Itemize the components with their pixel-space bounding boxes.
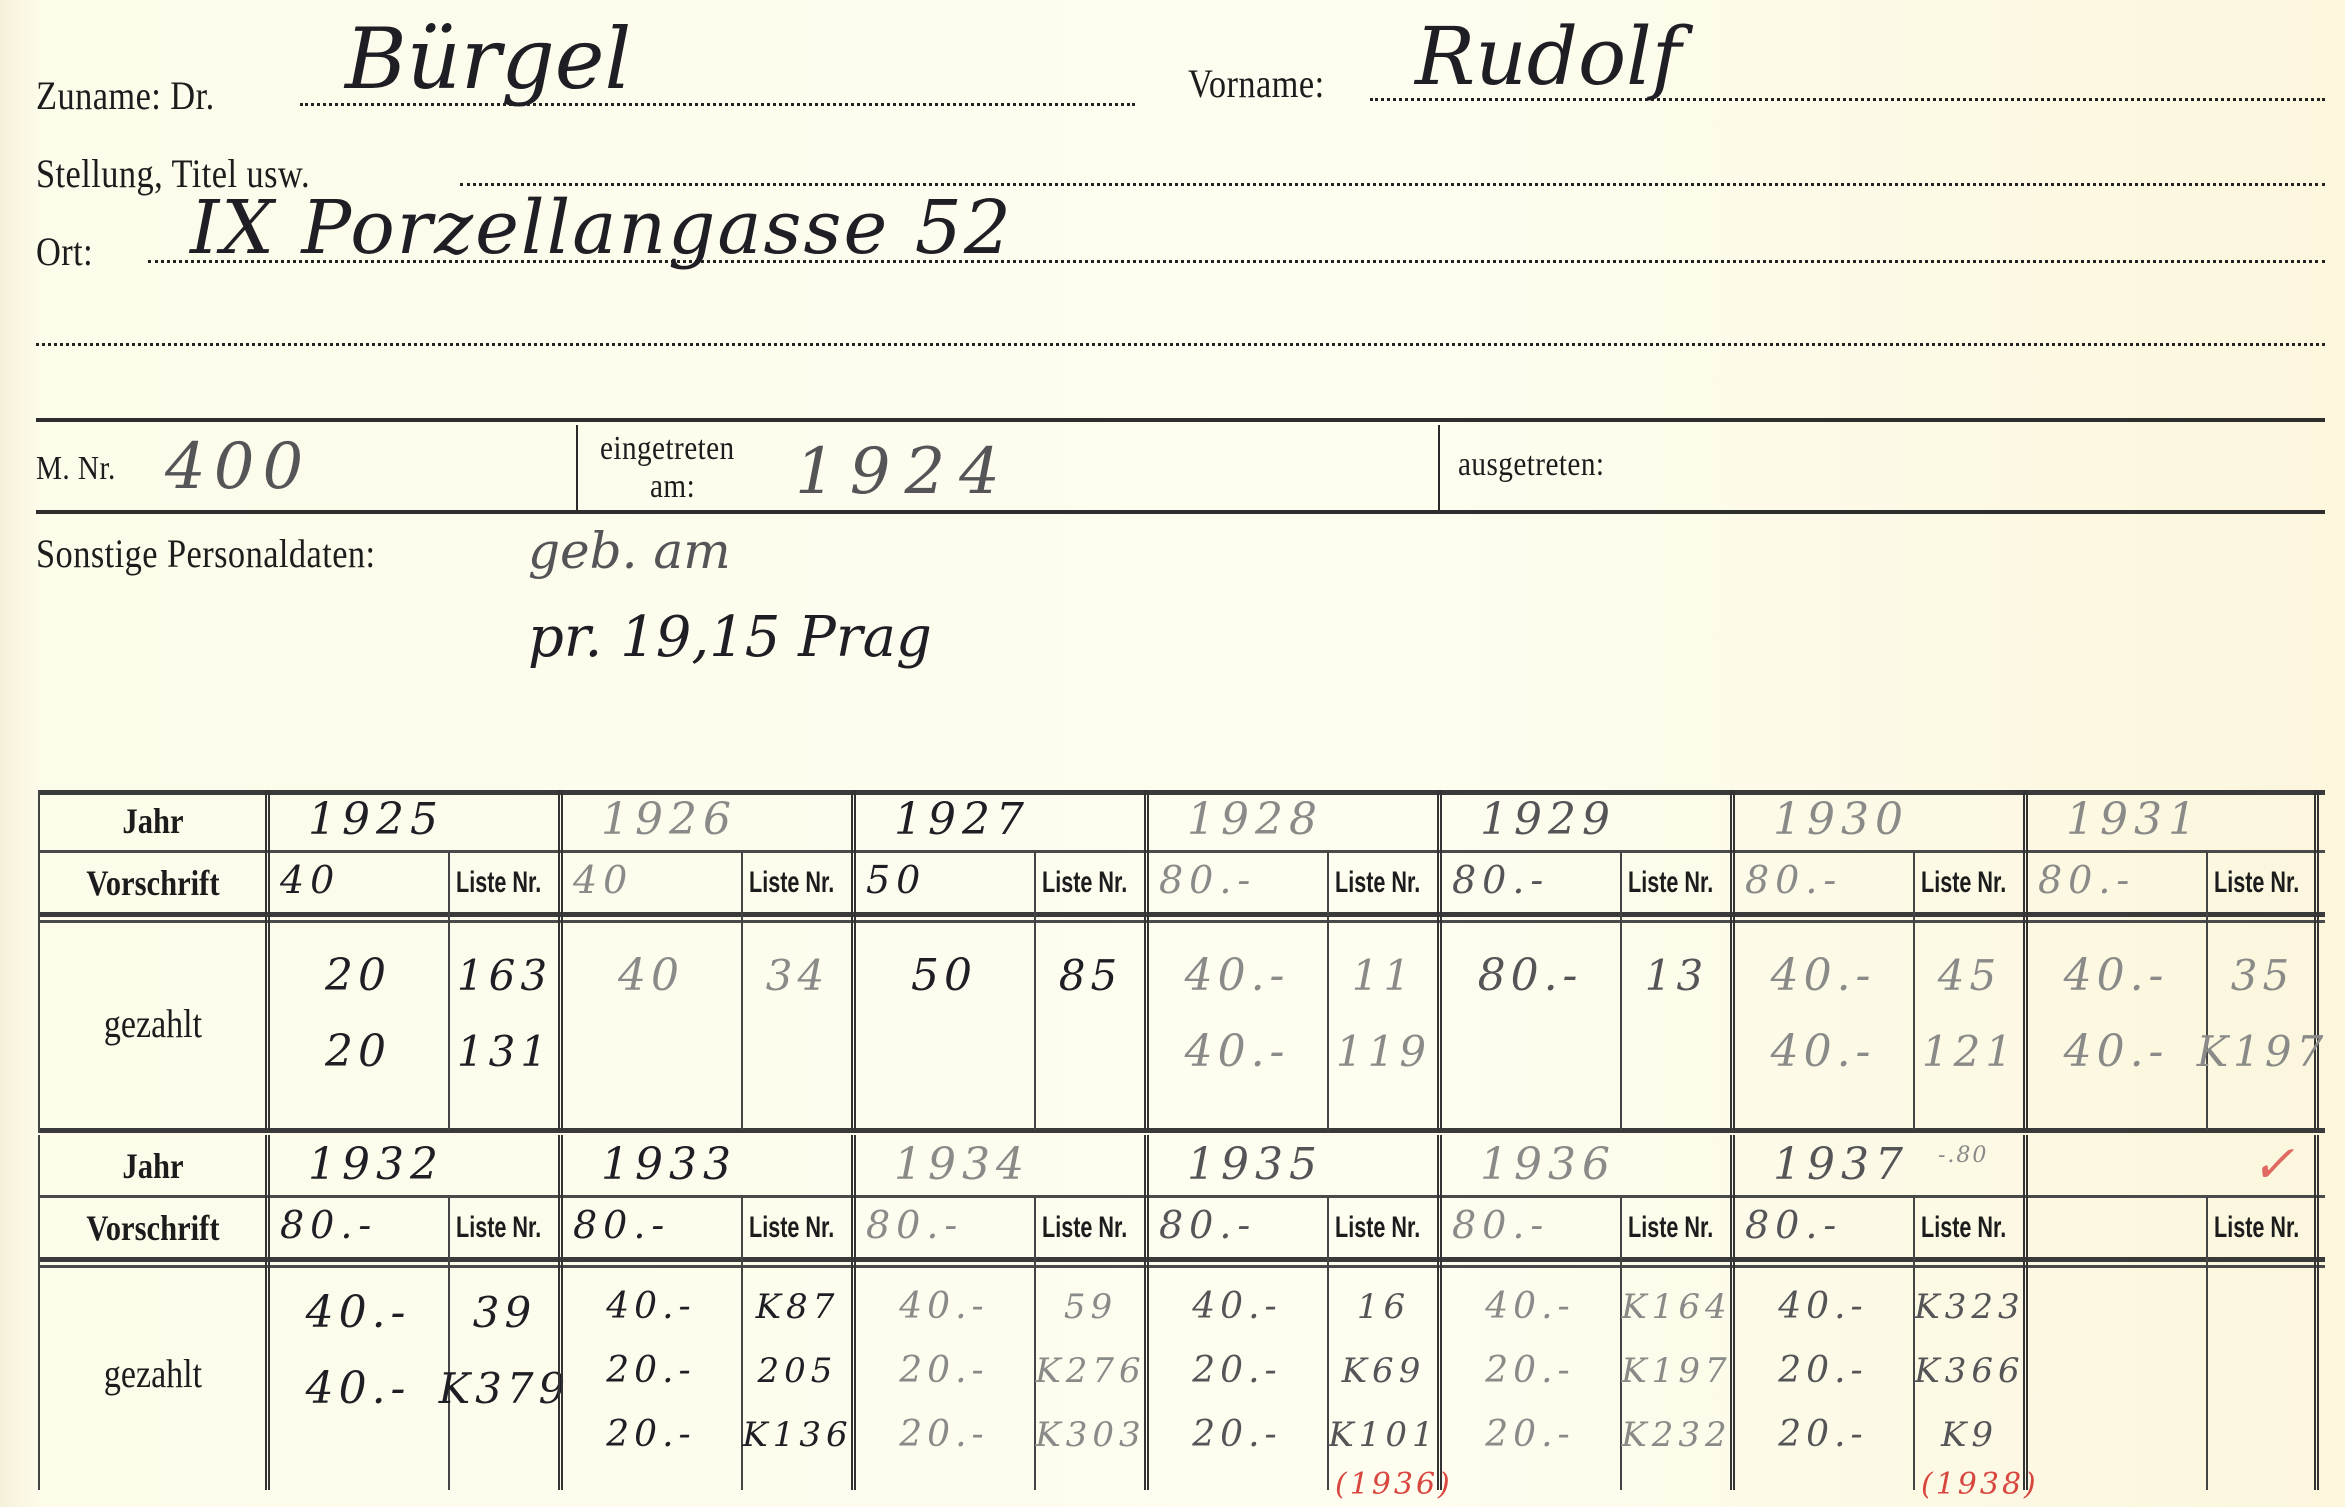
- table-rule: [38, 1195, 2325, 1198]
- mnr-value: 400: [165, 430, 311, 504]
- extra-line: [36, 343, 2325, 346]
- gezahlt-values: 40.-20.-20.-: [854, 1275, 1034, 1467]
- liste-nr-header: Liste Nr.: [1921, 1211, 2006, 1245]
- membership-card: Zuname: Dr. Bürgel Vorname: Rudolf Stell…: [0, 0, 2345, 1507]
- mnr-divider: [576, 425, 578, 510]
- liste-number: 205: [758, 1339, 838, 1403]
- liste-values: 35K197: [2206, 938, 2319, 1090]
- vorschrift-value: 80.-: [1452, 858, 1549, 902]
- gezahlt-values: 40.-20.-20.-: [1733, 1275, 1913, 1467]
- gezahlt-label: gezahlt: [55, 1350, 251, 1397]
- gezahlt-label: gezahlt: [55, 1000, 251, 1047]
- liste-nr-header: Liste Nr.: [1335, 1211, 1420, 1245]
- vorschrift-value: 80.-: [280, 1203, 377, 1247]
- liste-values: 85: [1034, 938, 1147, 1014]
- gezahlt-amount: 20.-: [1778, 1339, 1867, 1403]
- liste-number: K164: [1621, 1275, 1731, 1339]
- gezahlt-values: 40.-40.-: [268, 1275, 448, 1427]
- vorschrift-value: 50: [866, 858, 926, 902]
- gezahlt-amount: 40.-: [606, 1275, 695, 1339]
- zuname-label: Zuname: Dr.: [36, 72, 215, 119]
- gezahlt-amount: 20.-: [899, 1339, 988, 1403]
- liste-values: 34: [741, 938, 854, 1014]
- liste-number: 34: [766, 938, 829, 1014]
- jahr-label: Jahr: [55, 1145, 251, 1187]
- eingetreten-label: eingetreten: [600, 430, 735, 468]
- gezahlt-amount: 20.-: [606, 1339, 695, 1403]
- vorschrift-value: 80.-: [866, 1203, 963, 1247]
- vorschrift-value: 80.-: [1745, 858, 1842, 902]
- gezahlt-amount: 40.-: [2064, 1014, 2169, 1090]
- gezahlt-amount: 20.-: [1192, 1339, 1281, 1403]
- sonstige-label: Sonstige Personaldaten:: [36, 530, 376, 577]
- gezahlt-amount: 40.-: [1771, 938, 1876, 1014]
- mnr-label: M. Nr.: [36, 450, 116, 488]
- gezahlt-amount: 20: [325, 938, 391, 1014]
- liste-nr-header: Liste Nr.: [456, 1211, 541, 1245]
- liste-values: 16K69K101: [1327, 1275, 1440, 1467]
- liste-number: 163: [457, 938, 552, 1014]
- vorschrift-value: 80.-: [1745, 1203, 1842, 1247]
- liste-values: K87205K136: [741, 1275, 854, 1467]
- gezahlt-amount: 40.-: [306, 1351, 411, 1427]
- gezahlt-amount: 40.-: [899, 1275, 988, 1339]
- liste-nr-header: Liste Nr.: [1628, 1211, 1713, 1245]
- ort-value: IX Porzellangasse 52: [190, 185, 1013, 271]
- liste-number: K197: [1621, 1339, 1731, 1403]
- table-rule: [38, 850, 2325, 853]
- liste-number: 119: [1336, 1014, 1431, 1090]
- liste-number: K323: [1914, 1275, 2024, 1339]
- gezahlt-amount: 20.-: [1485, 1403, 1574, 1467]
- liste-values: K323K366K9: [1913, 1275, 2026, 1467]
- gezahlt-values: 40: [561, 938, 741, 1014]
- vorschrift-value: 80.-: [1452, 1203, 1549, 1247]
- liste-number: 35: [2231, 938, 2294, 1014]
- vorschrift-label: Vorschrift: [55, 1207, 251, 1249]
- liste-nr-header: Liste Nr.: [1042, 1211, 1127, 1245]
- year-value: 1925: [308, 794, 444, 845]
- year-value: 1926: [601, 794, 737, 845]
- gezahlt-values: 40.-20.-20.-: [1440, 1275, 1620, 1467]
- gezahlt-amount: 40.-: [306, 1275, 411, 1351]
- gezahlt-amount: 20.-: [1485, 1339, 1574, 1403]
- gezahlt-amount: 40.-: [1185, 1014, 1290, 1090]
- gezahlt-amount: 20.-: [1192, 1403, 1281, 1467]
- gezahlt-values: 40.-40.-: [2026, 938, 2206, 1090]
- gezahlt-values: 50: [854, 938, 1034, 1014]
- year-value: 1933: [601, 1139, 737, 1190]
- liste-number: 11: [1352, 938, 1415, 1014]
- jahr-label: Jahr: [55, 800, 251, 842]
- liste-number: K69: [1342, 1339, 1426, 1403]
- liste-number: K379: [439, 1351, 571, 1427]
- liste-values: 11119: [1327, 938, 1440, 1090]
- gezahlt-amount: 40.-: [1778, 1275, 1867, 1339]
- gezahlt-values: 40.-40.-: [1147, 938, 1327, 1090]
- table-edge: [38, 1135, 40, 1490]
- liste-number: 39: [473, 1275, 536, 1351]
- gezahlt-amount: 20: [325, 1014, 391, 1090]
- year-value: 1934: [894, 1139, 1030, 1190]
- gezahlt-amount: 20.-: [899, 1403, 988, 1467]
- vorschrift-value: 80.-: [1159, 858, 1256, 902]
- vorschrift-value: 80.-: [573, 1203, 670, 1247]
- liste-nr-header: Liste Nr.: [2214, 1211, 2299, 1245]
- year-value: 1935: [1187, 1139, 1323, 1190]
- liste-number: 16: [1357, 1275, 1410, 1339]
- year-value: 1931: [2066, 794, 2202, 845]
- gezahlt-amount: 50: [911, 938, 977, 1014]
- liste-number: 131: [457, 1014, 552, 1090]
- check-mark: ✓: [2251, 1135, 2301, 1195]
- gezahlt-amount: 80.-: [1478, 938, 1583, 1014]
- liste-number: K276: [1035, 1339, 1145, 1403]
- liste-number: K197: [2197, 1014, 2329, 1090]
- eingetreten-value: 1924: [795, 435, 1014, 509]
- liste-values: 13: [1620, 938, 1733, 1014]
- liste-number: K87: [756, 1275, 840, 1339]
- year-value: 1936: [1480, 1139, 1616, 1190]
- liste-values: 45121: [1913, 938, 2026, 1090]
- year-value: 1937: [1773, 1139, 1909, 1190]
- vorschrift-value: 80.-: [1159, 1203, 1256, 1247]
- liste-number: 85: [1059, 938, 1122, 1014]
- liste-nr-header: Liste Nr.: [1628, 866, 1713, 900]
- red-year-note: (1938): [1921, 1467, 2039, 1502]
- zuname-value: Bürgel: [345, 10, 631, 108]
- gezahlt-values: 40.-20.-20.-: [1147, 1275, 1327, 1467]
- liste-number: K101: [1328, 1403, 1438, 1467]
- liste-nr-header: Liste Nr.: [1042, 866, 1127, 900]
- sonstige-line2: pr. 19,15 Prag: [528, 605, 932, 670]
- gezahlt-values: 80.-: [1440, 938, 1620, 1014]
- year-value: 1927: [894, 794, 1030, 845]
- liste-nr-header: Liste Nr.: [1335, 866, 1420, 900]
- year-value: 1928: [1187, 794, 1323, 845]
- gezahlt-values: 40.-20.-20.-: [561, 1275, 741, 1467]
- year-value: 1929: [1480, 794, 1616, 845]
- gezahlt-amount: 20.-: [606, 1403, 695, 1467]
- liste-nr-header: Liste Nr.: [749, 866, 834, 900]
- gezahlt-amount: 20.-: [1778, 1403, 1867, 1467]
- liste-subcolumn-divider: [2206, 1197, 2208, 1490]
- gezahlt-values: 40.-40.-: [1733, 938, 1913, 1090]
- liste-number: K303: [1035, 1403, 1145, 1467]
- year-column-divider: [2023, 1135, 2028, 1490]
- liste-nr-header: Liste Nr.: [749, 1211, 834, 1245]
- year-value: 1930: [1773, 794, 1909, 845]
- gezahlt-amount: 40.-: [1185, 938, 1290, 1014]
- liste-number: 121: [1922, 1014, 2017, 1090]
- liste-number: 13: [1645, 938, 1708, 1014]
- vorschrift-value: 40: [280, 858, 340, 902]
- liste-nr-header: Liste Nr.: [456, 866, 541, 900]
- dues-table-upper: Jahr Vorschrift gezahlt 192540Liste Nr.2…: [38, 790, 2325, 1135]
- vorname-value: Rudolf: [1415, 10, 1681, 103]
- gezahlt-amount: 40: [618, 938, 684, 1014]
- ausgetreten-label: ausgetreten:: [1458, 446, 1604, 484]
- eingetreten-am-label: am:: [650, 468, 695, 506]
- sonstige-line1: geb. am: [528, 522, 731, 580]
- year-value: 1932: [308, 1139, 444, 1190]
- gezahlt-amount: 40.-: [2064, 938, 2169, 1014]
- liste-number: K366: [1914, 1339, 2024, 1403]
- liste-number: K9: [1941, 1403, 1998, 1467]
- table-rule: [38, 1257, 2325, 1262]
- vorschrift-label: Vorschrift: [55, 862, 251, 904]
- mnr-bottom-rule: [36, 510, 2325, 514]
- liste-values: 163131: [448, 938, 561, 1090]
- gezahlt-amount: 40.-: [1771, 1014, 1876, 1090]
- gezahlt-amount: 40.-: [1485, 1275, 1574, 1339]
- table-rule: [38, 1265, 2325, 1268]
- liste-number: 45: [1938, 938, 2001, 1014]
- table-rule: [38, 912, 2325, 917]
- liste-nr-header: Liste Nr.: [2214, 866, 2299, 900]
- ort-label: Ort:: [36, 228, 93, 275]
- table-rule: [38, 1128, 2325, 1133]
- liste-values: K164K197K232: [1620, 1275, 1733, 1467]
- red-year-note: (1936): [1335, 1467, 1453, 1502]
- table-right-edge: [2314, 1135, 2319, 1490]
- liste-values: 39K379: [448, 1275, 561, 1427]
- gezahlt-values: 2020: [268, 938, 448, 1090]
- liste-nr-header: Liste Nr.: [1921, 866, 2006, 900]
- table-edge: [38, 790, 40, 1133]
- dues-table-lower: Jahr Vorschrift gezahlt 193280.-Liste Nr…: [38, 1135, 2325, 1495]
- liste-number: K232: [1621, 1403, 1731, 1467]
- eingetreten-divider: [1438, 425, 1440, 510]
- table-rule: [38, 920, 2325, 923]
- vorschrift-value: 40: [573, 858, 633, 902]
- liste-number: K136: [742, 1403, 852, 1467]
- vorname-label: Vorname:: [1188, 60, 1325, 107]
- liste-values: 59K276K303: [1034, 1275, 1147, 1467]
- liste-number: 59: [1064, 1275, 1117, 1339]
- year-note: -.80: [1938, 1143, 1988, 1168]
- gezahlt-amount: 40.-: [1192, 1275, 1281, 1339]
- vorschrift-value: 80.-: [2038, 858, 2135, 902]
- mnr-top-rule: [36, 418, 2325, 422]
